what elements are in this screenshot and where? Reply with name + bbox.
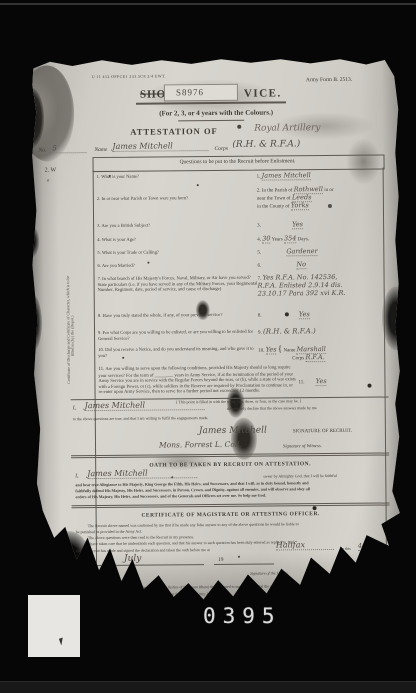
question-row: 10. Did you receive a Notice, and do you… — [98, 345, 384, 366]
a-value: 23.10.17 Para 392 xvi K.R. — [258, 289, 346, 298]
a-value: Yes — [299, 310, 310, 319]
attestation-document: Certificate of Discharge and Certificate… — [28, 54, 405, 603]
q-number: 7. — [98, 276, 101, 281]
q-number: 1. — [97, 174, 100, 179]
q-text: In or near what Parish or Town were you … — [101, 195, 188, 201]
print-code: U 11 412 OFFCE1 233.5C8 2/4 EWT. — [92, 73, 166, 79]
declaration-line1: do solemnly declare that the above answe… — [227, 405, 317, 411]
corps-label: Corps — [214, 146, 228, 152]
declaration-line2: to the above questions are true, and tha… — [73, 415, 209, 421]
q-number: 3. — [97, 223, 100, 228]
stain-left-edge-3 — [25, 418, 39, 462]
a-number: 4. — [257, 238, 261, 243]
fragment-line1: If any alteration is required on this pa… — [75, 583, 285, 590]
oath-intro-tail: swear by Almighty God, that I will be fa… — [263, 473, 336, 479]
a-value: James Mitchell — [262, 171, 311, 180]
question-row: 7. In what branch of His Majesty's Force… — [98, 274, 384, 313]
q-text: Are you a British Subject? — [101, 223, 150, 228]
recruit-signature-handwritten: James Mitchell — [199, 426, 267, 437]
margin-edge-fragment-2: st — [47, 177, 50, 182]
a-label: in or — [324, 188, 333, 193]
a-number: 8. — [258, 314, 262, 319]
q-number: 2. — [97, 196, 100, 201]
a-label: Days. — [298, 237, 310, 242]
a-value: 354 — [284, 234, 296, 243]
title-right: VICE. — [244, 87, 282, 99]
q-text: What is your Name? — [101, 174, 139, 179]
stain-right-tear — [382, 286, 411, 350]
certificate-p3a: I have taken care that he understands ea… — [88, 539, 294, 546]
fragment-line3: he should, if he require it, receive a c… — [146, 597, 211, 603]
a-number: 3. — [257, 224, 261, 229]
name-value: James Mitchell — [112, 141, 208, 152]
certificate-p1b: be punished as provided in the Army Act. — [76, 529, 142, 535]
stain-bottom-left-tear — [46, 531, 93, 597]
a-number: 2. — [257, 189, 261, 194]
certificate-signature-label: Signature of the Justice. — [250, 570, 289, 575]
attestation-label: ATTESTATION OF — [130, 126, 218, 137]
q-text: What is your Age? — [102, 237, 136, 242]
army-form-number: Army Form B. 2513. — [306, 77, 352, 83]
a-number: 1. — [257, 175, 261, 180]
q-number: 5. — [97, 250, 100, 255]
cursor-speck — [59, 638, 65, 646]
title-left: SHO — [140, 88, 166, 100]
subtitle: (For 2, 3, or 4 years with the Colours.) — [116, 108, 316, 118]
a-value: Yes — [292, 220, 303, 229]
no-label: No. — [38, 147, 46, 153]
certificate-p1a: The Recruit above-named was cautioned by… — [88, 521, 299, 528]
a-number: 5. — [257, 251, 261, 256]
a-value: Yes — [266, 345, 277, 354]
question-row: 11. Are you willing to serve upon the fo… — [98, 364, 384, 400]
frame-number: 0395 — [203, 604, 282, 628]
certificate-header: CERTIFICATE OF MAGISTRATE OR ATTESTING O… — [72, 510, 390, 519]
declaration-i: I, — [73, 405, 76, 411]
q-number: 11. — [98, 367, 104, 372]
paper-speckles — [28, 58, 30, 60]
certificate-day-of: day of — [76, 559, 89, 564]
certificate-year: 19 — [218, 557, 224, 563]
declaration-name-handwritten: James Mitchell — [85, 400, 205, 411]
certificate-day-handwritten: 4th — [358, 542, 382, 551]
certificate-p2: The above questions were then read to th… — [88, 534, 194, 540]
fragment-line2: under Section 80 (3) of the Army Act (th… — [152, 591, 229, 597]
a-value: No — [296, 260, 306, 269]
certificate-on-this: on this — [340, 546, 351, 551]
film-bottom-band — [0, 681, 416, 693]
a-label: Name — [283, 348, 295, 353]
certificate-place-handwritten: Halifax — [276, 540, 334, 551]
a-value: Gardener — [286, 247, 317, 256]
certificate-month-handwritten: July — [124, 554, 141, 564]
q-text: Have you truly stated the whole, if any,… — [102, 312, 222, 318]
q-text: What is your Trade or Calling? — [102, 249, 159, 254]
a-value: Yorks — [291, 201, 309, 210]
film-strip-line — [0, 3, 416, 5]
no-value: 5 — [52, 144, 86, 153]
a-value: Yes — [316, 377, 327, 386]
question-row: 2. In or near what Parish or Town were y… — [97, 186, 383, 223]
q-number: 4. — [97, 237, 100, 242]
a-number: 11. — [298, 380, 304, 385]
a-value: (R.H. & R.F.A.) — [263, 327, 316, 335]
fragment-line4: in an Ar. — [282, 596, 296, 601]
a-label: near the Town of — [257, 196, 291, 201]
a-label: In the Parish of — [262, 188, 293, 193]
margin-edge-fragment-1: 2. W — [45, 167, 57, 173]
oath-line3: orders of His Majesty, His Heirs, and Su… — [75, 493, 266, 500]
name-label: Name — [94, 147, 107, 153]
a-number: 6. — [257, 264, 261, 269]
oath-line2: faithfully defend His Majesty, His Heirs… — [75, 486, 310, 493]
q-text: For what Corps are you willing to be enl… — [98, 329, 253, 341]
q-number: 8. — [98, 313, 101, 318]
film-blip-square — [28, 595, 80, 657]
a-number: 9. — [258, 331, 262, 336]
witness-signature-handwritten: Mons. Forrest L. Coll. — [159, 440, 242, 450]
questions-list: 1. What is your Name? 1. James Mitchell … — [97, 172, 385, 405]
a-number: 10. — [258, 349, 264, 354]
a-label: Years — [272, 237, 283, 242]
stain-left-edge-1 — [23, 226, 39, 258]
a-label: in the County of — [257, 204, 290, 209]
q-text: Are you willing to serve upon the follow… — [98, 364, 295, 394]
a-value: R.F.A. — [305, 353, 324, 362]
a-value: 30 — [262, 235, 270, 244]
microfilm-frame: Certificate of Discharge and Certificate… — [0, 0, 416, 693]
q-text: Did you receive a Notice, and do you und… — [98, 346, 254, 358]
stamp-number: S8976 — [176, 87, 204, 97]
stain-left-edge-2 — [22, 294, 43, 352]
q-text: Are you Married? — [102, 263, 135, 268]
stain-dark-topleft — [18, 87, 45, 147]
q-number: 6. — [97, 263, 100, 268]
q-number: 9. — [98, 330, 101, 335]
corps-value: (R.H. & R.F.A.) — [232, 139, 300, 150]
q-number: 10. — [98, 347, 104, 352]
oath-name-handwritten: James Mitchell — [87, 468, 197, 479]
q-text: In what branch of His Majesty's Forces, … — [98, 275, 258, 293]
witness-signature-label: Signature of Witness. — [283, 443, 322, 448]
certificate-p3b: the said recruit has made and signed the… — [76, 547, 210, 553]
attestation-corps-handwritten: Royal Artillery — [254, 123, 320, 134]
oath-i: I, — [75, 473, 78, 479]
brace: { — [278, 343, 282, 353]
recruit-signature-label: SIGNATURE OF RECRUIT. — [293, 429, 352, 435]
a-label: Corps — [292, 356, 304, 361]
